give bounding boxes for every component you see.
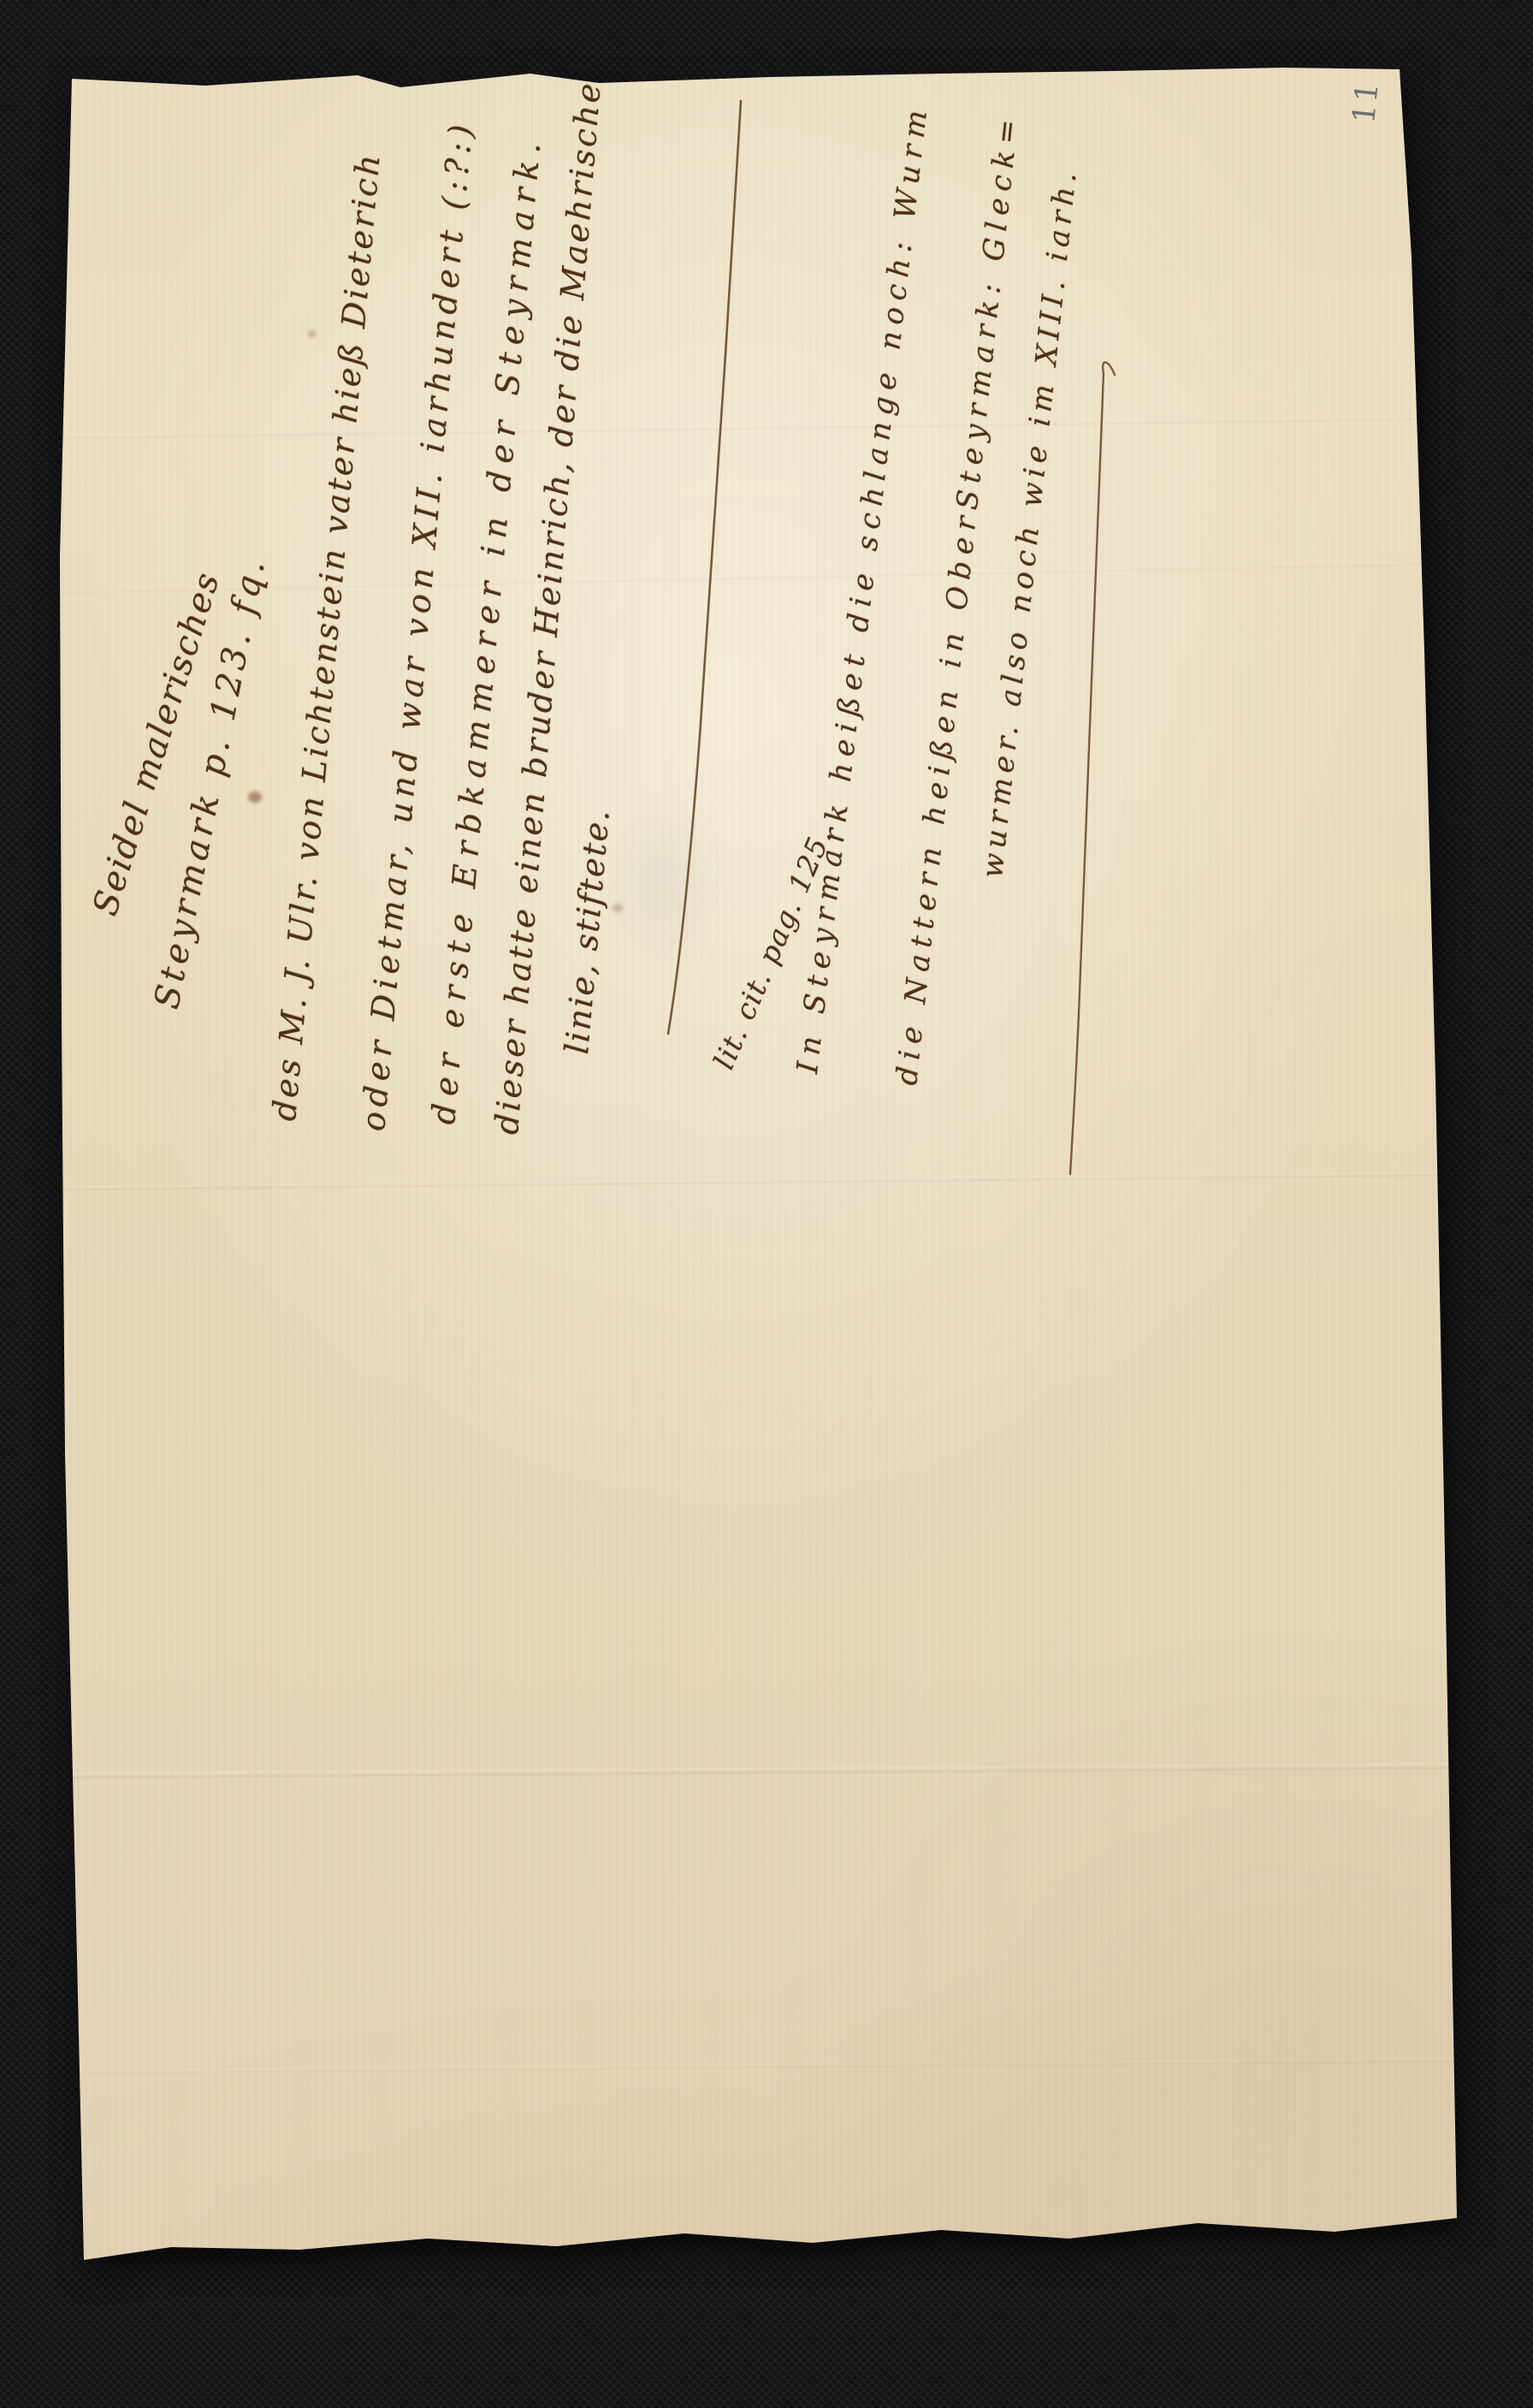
paragraph-rule-stroke: [668, 101, 741, 1034]
manuscript-paper: Seidel malerisches Steyrmark p. 123. fq.…: [0, 0, 1533, 2408]
ink-stain: [248, 792, 262, 803]
fold-crease: [51, 2058, 1454, 2074]
closing-rule-stroke: [1070, 362, 1115, 1174]
fold-crease: [51, 1763, 1454, 1778]
manuscript-line: linie, stiftete.: [558, 807, 617, 1056]
paper-shadow-wrap: Seidel malerisches Steyrmark p. 123. fq.…: [0, 0, 1533, 2408]
foxing-spot: [308, 330, 316, 337]
ink-rules: [0, 0, 1533, 2408]
page-number-pencil: 11: [1347, 79, 1386, 125]
scan-canvas: Seidel malerisches Steyrmark p. 123. fq.…: [0, 0, 1533, 2408]
fold-crease: [51, 416, 1454, 440]
watermark-shadow: [599, 796, 727, 967]
paper-texture: [0, 0, 1533, 2408]
foxing-spot: [613, 904, 623, 912]
fold-crease: [51, 1171, 1454, 1190]
